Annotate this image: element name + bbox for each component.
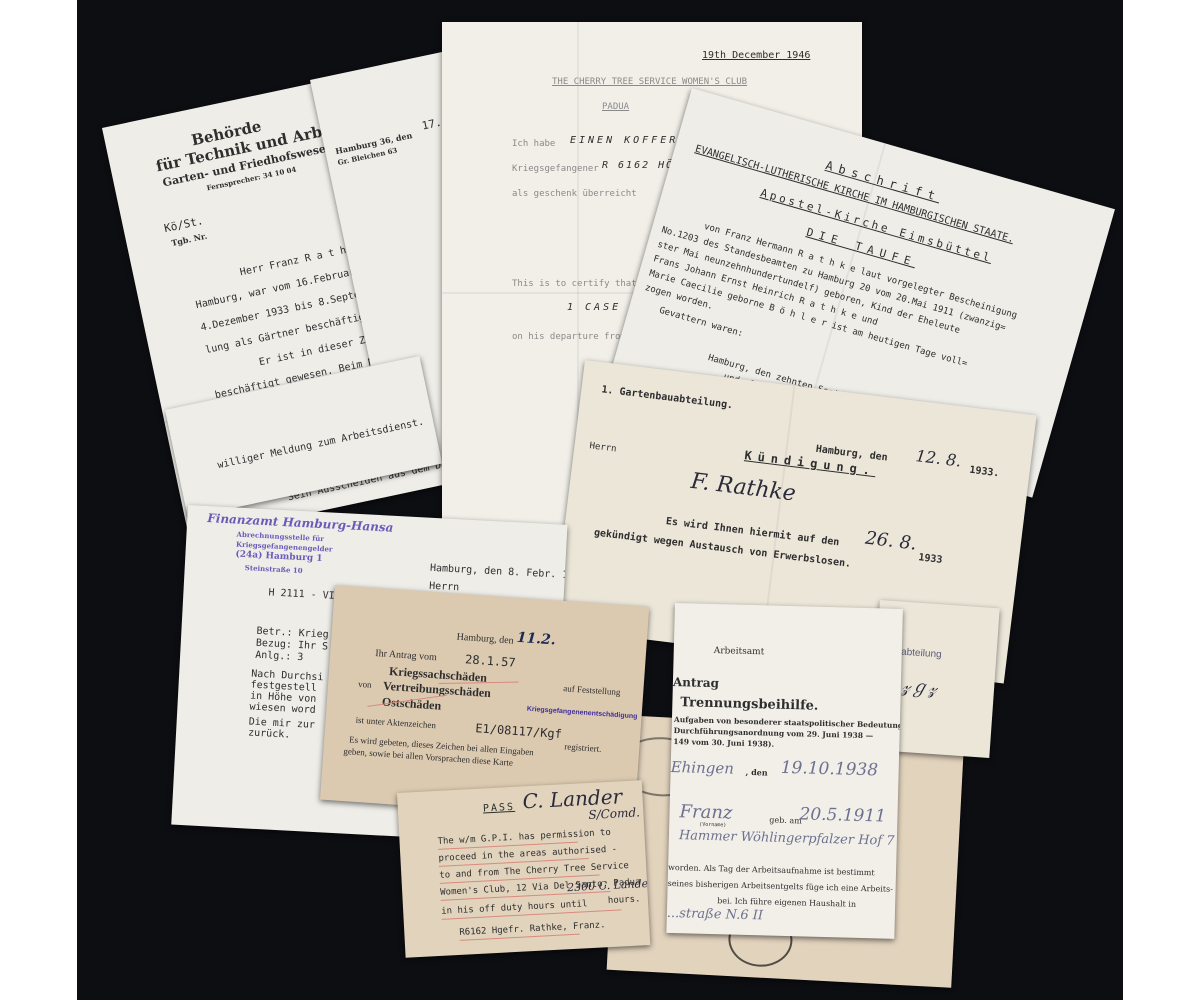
aktenzeichen: E1/08117/Kgf bbox=[475, 721, 562, 741]
body-line: zurück. bbox=[248, 727, 291, 740]
address-handwritten: Hammer Wöhlingerpfalzer Hof 7 II bbox=[679, 828, 903, 849]
name-handwritten: F. Rathke bbox=[689, 469, 797, 507]
date2-handwritten: 26. 8. bbox=[864, 528, 918, 555]
salutation: Herrn bbox=[589, 441, 617, 454]
antrag-label: Ihr Antrag vom bbox=[375, 648, 437, 663]
fine-print: 149 vom 30. Juni 1938). bbox=[673, 737, 774, 749]
department: 1. Gartenbauabteilung. bbox=[601, 384, 734, 411]
form-title: Antrag bbox=[673, 675, 719, 690]
firstname-handwritten: Franz bbox=[679, 801, 732, 823]
form-subtitle: Trennungsbeihilfe. bbox=[680, 695, 818, 714]
pass-title: PASS bbox=[483, 802, 516, 815]
body-line: williger Meldung zum Arbeitsdienst. bbox=[217, 417, 425, 472]
cert-date: 19th December 1946 bbox=[702, 50, 810, 61]
pass-signature-sub: S/Comd. bbox=[588, 805, 640, 822]
body-line: seines bisherigen Arbeitsentgelts füge i… bbox=[668, 879, 893, 894]
pass-card: PASS C. Lander S/Comd. The w/m G.P.I. ha… bbox=[397, 780, 650, 958]
cert-line: Kriegsgefangener bbox=[512, 164, 599, 174]
arbeitsamt-label: Arbeitsamt bbox=[714, 646, 765, 657]
date-handwritten: 19.10.1938 bbox=[780, 758, 878, 781]
street-handwritten: ...straße N.6 II bbox=[667, 906, 763, 924]
place-handwritten: Ehingen bbox=[670, 758, 734, 778]
cert-line-hand: EINEN KOFFER bbox=[570, 135, 678, 146]
kgf-stamp: Kriegsgefangenenentschädigung bbox=[527, 706, 638, 721]
subject-line: Anlg.: 3 bbox=[255, 650, 304, 664]
year: 1933. bbox=[969, 465, 1000, 480]
pass-hours: hours. bbox=[608, 894, 641, 906]
tgb-label: Tgb. Nr. bbox=[170, 231, 208, 248]
cert-line: als geschenk überreicht bbox=[512, 189, 637, 199]
antrag-date: 28.1.57 bbox=[465, 652, 516, 669]
finanzamt-stamp-title: Finanzamt Hamburg-Hansa bbox=[207, 511, 394, 535]
feststellung-label: auf Feststellung bbox=[563, 683, 621, 697]
cert-line: Ich habe bbox=[512, 139, 555, 149]
body-line: wiesen word bbox=[249, 702, 316, 716]
den-label: , den bbox=[745, 767, 767, 778]
cert-line-hand: R 6162 HÖ bbox=[602, 160, 674, 171]
cert-line-hand: 1 CASE bbox=[567, 302, 621, 313]
place-label: Hamburg, den bbox=[456, 632, 514, 647]
aktenzeichen-label: ist unter Aktenzeichen bbox=[355, 715, 436, 731]
arbeitsamt-form: Arbeitsamt Antrag Trennungsbeihilfe. Auf… bbox=[666, 603, 903, 939]
body-line: Gevattern waren: bbox=[658, 306, 744, 340]
cert-line: on his departure from bbox=[512, 332, 626, 342]
year2: 1933 bbox=[918, 552, 943, 566]
von-label: von bbox=[358, 679, 372, 690]
body-line: worden. Als Tag der Arbeitsaufnahme ist … bbox=[668, 863, 875, 877]
date-handwritten: 11.2. bbox=[516, 630, 556, 649]
geb-label: geb. am bbox=[769, 816, 802, 826]
letter-date: Hamburg, den 8. Febr. 19 bbox=[430, 563, 568, 582]
cert-title: THE CHERRY TREE SERVICE WOMEN'S CLUB bbox=[552, 77, 747, 87]
date-handwritten: 12. 8. bbox=[915, 446, 963, 470]
dob-handwritten: 20.5.1911 bbox=[799, 804, 886, 826]
registered-label: registriert. bbox=[564, 741, 602, 754]
vorname-label: (Vorname) bbox=[699, 822, 726, 829]
stamp-line: Steinstraße 10 bbox=[245, 563, 303, 575]
cert-subtitle: PADUA bbox=[602, 102, 629, 112]
